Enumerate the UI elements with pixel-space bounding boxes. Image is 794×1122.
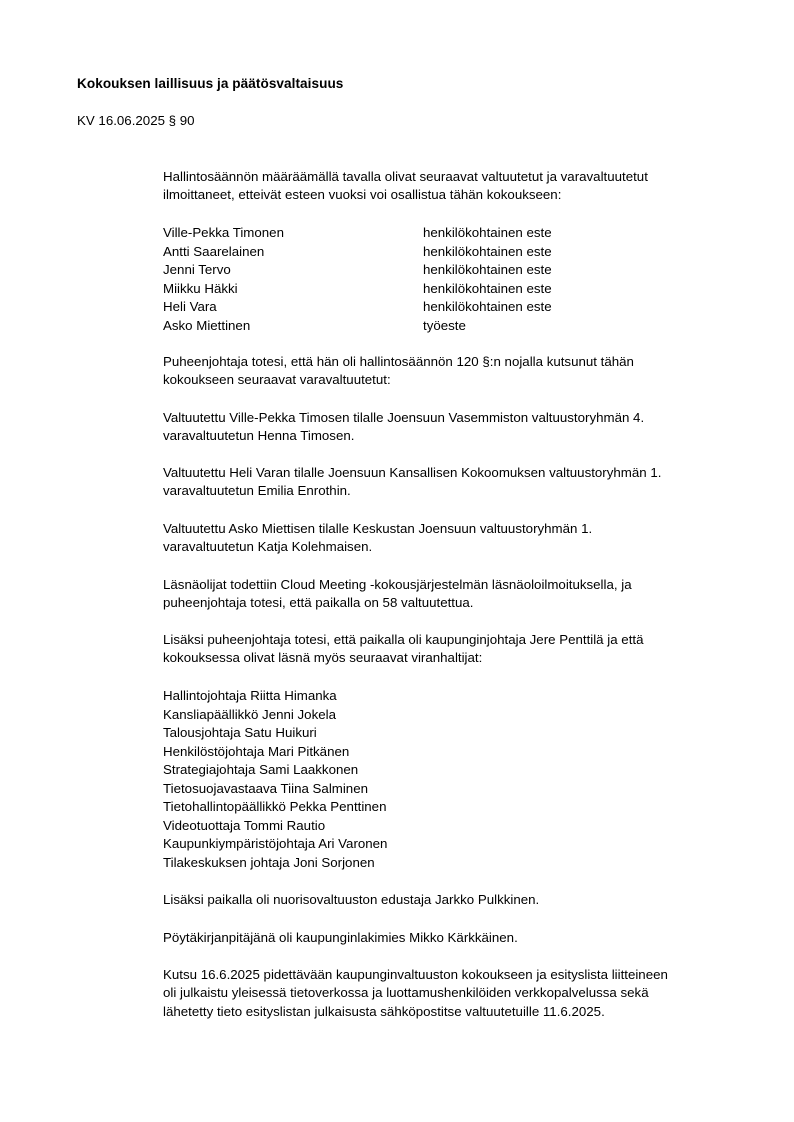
absence-list: Ville-Pekka Timonen henkilökohtainen est… (163, 224, 763, 335)
official-item: Kaupunkiympäristöjohtaja Ari Varonen (163, 835, 763, 854)
official-item: Tietosuojavastaava Tiina Salminen (163, 780, 763, 799)
official-item: Tietohallintopäällikkö Pekka Penttinen (163, 798, 763, 817)
official-item: Talousjohtaja Satu Huikuri (163, 724, 763, 743)
official-item: Strategiajohtaja Sami Laakkonen (163, 761, 763, 780)
substitute-paragraph: Valtuutettu Asko Miettisen tilalle Kesku… (163, 520, 763, 557)
substitute-paragraph: Valtuutettu Ville-Pekka Timosen tilalle … (163, 409, 763, 446)
document-reference: KV 16.06.2025 § 90 (77, 113, 195, 128)
absence-row: Ville-Pekka Timonen henkilökohtainen est… (163, 224, 763, 243)
absence-row: Asko Miettinen työeste (163, 317, 763, 336)
absence-name: Ville-Pekka Timonen (163, 224, 284, 242)
official-item: Kansliapäällikkö Jenni Jokela (163, 706, 763, 725)
official-item: Videotuottaja Tommi Rautio (163, 817, 763, 836)
invitation-text: Kutsu 16.6.2025 pidettävään kaupunginval… (163, 966, 763, 1021)
absence-name: Heli Vara (163, 298, 217, 316)
official-item: Tilakeskuksen johtaja Joni Sorjonen (163, 854, 763, 873)
substitute-text: Valtuutettu Ville-Pekka Timosen tilalle … (163, 409, 763, 446)
substitute-paragraph: Valtuutettu Heli Varan tilalle Joensuun … (163, 464, 763, 501)
absence-name: Miikku Häkki (163, 280, 238, 298)
absence-row: Heli Vara henkilökohtainen este (163, 298, 763, 317)
chair-invited-text: Puheenjohtaja totesi, että hän oli halli… (163, 353, 763, 390)
absence-reason: henkilökohtainen este (423, 243, 552, 261)
official-item: Hallintojohtaja Riitta Himanka (163, 687, 763, 706)
document-title: Kokouksen laillisuus ja päätösvaltaisuus (77, 76, 343, 91)
absence-reason: henkilökohtainen este (423, 261, 552, 279)
secretary-text: Pöytäkirjanpitäjänä oli kaupunginlakimie… (163, 929, 763, 947)
absence-reason: henkilökohtainen este (423, 224, 552, 242)
official-item: Henkilöstöjohtaja Mari Pitkänen (163, 743, 763, 762)
absence-name: Asko Miettinen (163, 317, 250, 335)
officials-intro-text: Lisäksi puheenjohtaja totesi, että paika… (163, 631, 763, 668)
substitute-text: Valtuutettu Asko Miettisen tilalle Kesku… (163, 520, 763, 557)
secretary-paragraph: Pöytäkirjanpitäjänä oli kaupunginlakimie… (163, 929, 763, 947)
intro-text: Hallintosäännön määräämällä tavalla oliv… (163, 168, 763, 205)
absence-reason: työeste (423, 317, 466, 335)
invitation-paragraph: Kutsu 16.6.2025 pidettävään kaupunginval… (163, 966, 763, 1021)
absence-row: Antti Saarelainen henkilökohtainen este (163, 243, 763, 262)
absence-reason: henkilökohtainen este (423, 280, 552, 298)
youth-council-text: Lisäksi paikalla oli nuorisovaltuuston e… (163, 891, 763, 909)
chair-invited-paragraph: Puheenjohtaja totesi, että hän oli halli… (163, 353, 763, 390)
attendance-paragraph: Läsnäolijat todettiin Cloud Meeting -kok… (163, 576, 763, 613)
absence-row: Miikku Häkki henkilökohtainen este (163, 280, 763, 299)
absence-reason: henkilökohtainen este (423, 298, 552, 316)
substitute-text: Valtuutettu Heli Varan tilalle Joensuun … (163, 464, 763, 501)
attendance-text: Läsnäolijat todettiin Cloud Meeting -kok… (163, 576, 763, 613)
youth-council-paragraph: Lisäksi paikalla oli nuorisovaltuuston e… (163, 891, 763, 909)
intro-paragraph: Hallintosäännön määräämällä tavalla oliv… (163, 168, 763, 205)
officials-list: Hallintojohtaja Riitta Himanka Kansliapä… (163, 687, 763, 872)
absence-name: Antti Saarelainen (163, 243, 264, 261)
document-page: Kokouksen laillisuus ja päätösvaltaisuus… (0, 0, 794, 1122)
officials-intro-paragraph: Lisäksi puheenjohtaja totesi, että paika… (163, 631, 763, 668)
absence-row: Jenni Tervo henkilökohtainen este (163, 261, 763, 280)
absence-name: Jenni Tervo (163, 261, 231, 279)
